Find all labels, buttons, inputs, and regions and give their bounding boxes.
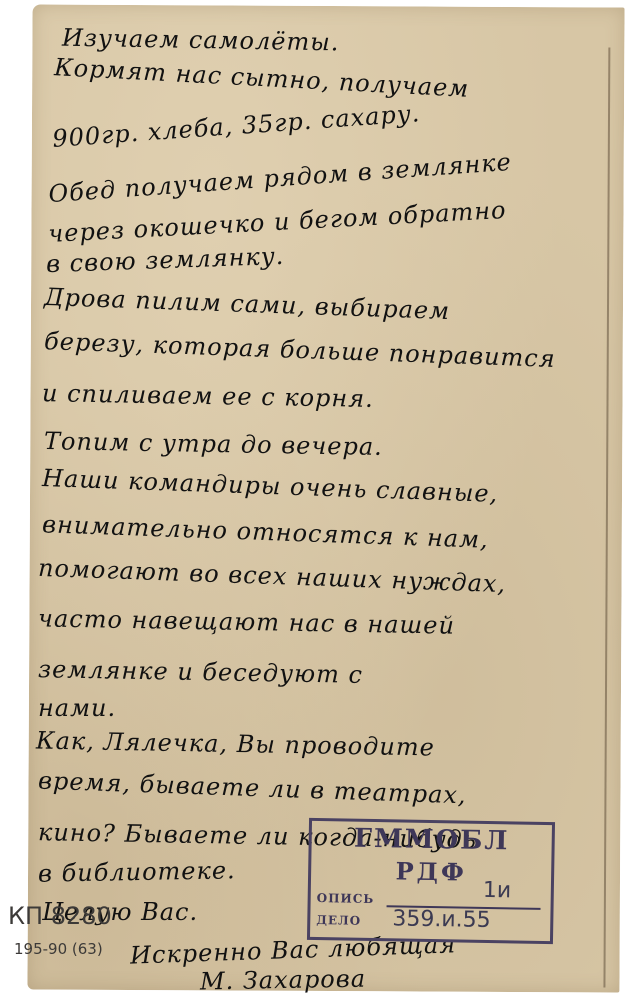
- secondary-number: 195-90 (63): [14, 940, 103, 958]
- stamp-delo-label: ДЕЛО: [316, 913, 361, 928]
- letter-line: и спиливаем ее с корня.: [42, 379, 374, 413]
- stamp-delo-value: 359.и.55: [392, 906, 491, 933]
- letter-line: Изучаем самолёты.: [62, 24, 340, 57]
- letter-line: землянке и беседуют с: [38, 655, 363, 689]
- letter-line: нами.: [38, 694, 116, 722]
- letter-line: Топим с утра до вечера.: [44, 427, 383, 461]
- stamp-subtitle: РДФ: [311, 855, 551, 888]
- archive-stamp: ГММОБЛ РДФ ОПИСЬ 1и ДЕЛО 359.и.55: [307, 818, 555, 944]
- stamp-opis-label: ОПИСЬ: [317, 891, 375, 906]
- stamp-title: ГММОБЛ: [311, 823, 551, 857]
- stamp-opis-value: 1и: [483, 878, 512, 903]
- inventory-number: КП 8280: [8, 902, 112, 930]
- letter-signature: М. Захарова: [200, 965, 366, 996]
- letter-line: в библиотеке.: [38, 856, 236, 887]
- paper-fold-edge: [603, 47, 610, 987]
